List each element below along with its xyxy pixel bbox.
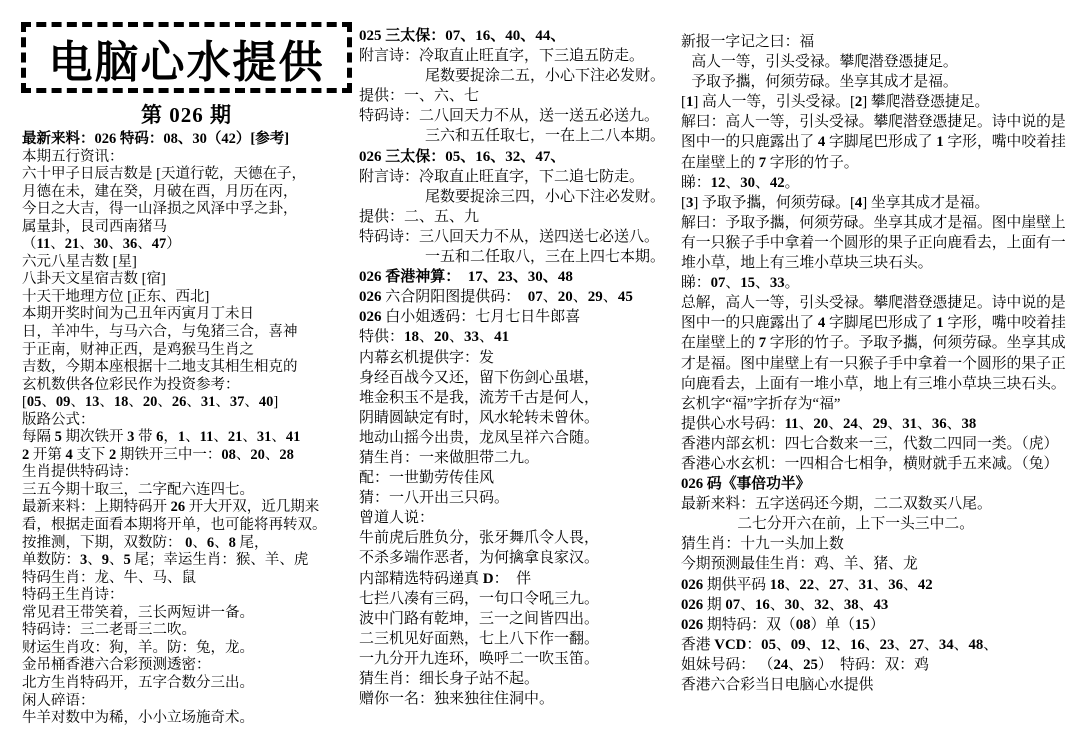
number-run: 42 [770, 175, 785, 191]
text-line: 提供：一、六、七 [359, 86, 684, 106]
text-line: 按推测，下期，双数防： 0、6、8 尾， [22, 535, 358, 553]
text-line: 玄机字“福”字折存为“福” [681, 394, 1080, 414]
number-run: 20 [143, 394, 158, 410]
text-line: 2 开第 4 支下 2 期铁开三中一：08、20、28 [22, 447, 358, 465]
text-line: 牛羊对数中为稀，小小立场施奇术。 [22, 710, 358, 728]
number-run: 30 [94, 236, 109, 252]
number-run: 15 [740, 275, 755, 291]
text-line: 单数防：3、9、5 尾；幸运生肖：猴、羊、虎 [22, 552, 358, 570]
number-run: 31 [201, 394, 216, 410]
number-run: 41 [494, 329, 509, 345]
number-run: 5 [124, 552, 131, 568]
number-run: 30 [785, 597, 800, 613]
number-run: 31 [859, 577, 874, 593]
text-line: 身经百战今又还，留下伤剑心虽堪， [359, 368, 684, 388]
number-run: 026 [681, 617, 703, 633]
number-run: 6 [156, 429, 163, 445]
text-line: 图中一的只鹿露出了 4 字脚尾巴形成了 1 字形，嘴中咬着挂 [681, 313, 1080, 333]
number-run: 7 [759, 155, 766, 171]
text-line: 026 码《事倍功半》 [681, 474, 1080, 494]
text-line: 026 白小姐透码：七月七日牛郎喜 [359, 307, 684, 327]
number-run: 17 [468, 269, 483, 285]
text-line: 地动山摇今出贵，龙凤呈祥六合随。 [359, 428, 684, 448]
number-run: 9 [102, 552, 109, 568]
number-run: 15 [855, 617, 870, 633]
number-run: 2 [109, 447, 116, 463]
number-run: 05 [761, 637, 776, 653]
number-run: 34 [939, 637, 954, 653]
text-line: 总解，高人一等，引头受禄。攀爬潜登憑捷足。诗中说的是 [681, 293, 1080, 313]
number-run: 40 [259, 394, 274, 410]
text-line: 十天干地理方位 [正东、西北] [22, 289, 358, 307]
number-run: 20 [558, 289, 573, 305]
text-line: 最新来料：五字送码还今期，二二双数买八尾。 [681, 494, 1080, 514]
text-line: 高人一等，引头受禄。攀爬潜登憑捷足。 [681, 52, 1080, 72]
number-run: 43 [873, 597, 888, 613]
number-run: 0 [185, 535, 192, 551]
text-line: 一五和二任取八，三在上四七本期。 [359, 247, 684, 267]
number-run: 09 [56, 394, 71, 410]
number-run: 30 [740, 175, 755, 191]
number-run: 42 [918, 577, 933, 593]
number-run: 20 [813, 416, 828, 432]
text-line: 025 三太保：07、16、40、44、 [359, 26, 684, 46]
number-run: 42 [221, 131, 236, 147]
number-run: 1 [178, 429, 185, 445]
text-line: 猜生肖：十九一头加上数 [681, 534, 1080, 554]
number-run: 31 [902, 416, 917, 432]
number-run: 18 [404, 329, 419, 345]
number-run: 33 [770, 275, 785, 291]
text-line: 七拦八凑有三码，一句口令吼三九。 [359, 589, 684, 609]
number-run: 026 [681, 476, 703, 492]
number-run: 29 [588, 289, 603, 305]
column-3: 新报一字记之曰：福高人一等，引头受禄。攀爬潜登憑捷足。予取予攜，何须劳碌。坐享其… [681, 32, 1080, 695]
number-run: 27 [909, 637, 924, 653]
number-run: 3 [127, 429, 134, 445]
text-line: 波中门路有乾坤，三一之间皆四出。 [359, 609, 684, 629]
number-run: 07 [725, 597, 740, 613]
text-line: 解曰：高人一等，引头受禄。攀爬潜登憑捷足。诗中说的是 [681, 112, 1080, 132]
text-line: 睇：07、15、33。 [681, 273, 1080, 293]
number-run: 1 [936, 134, 943, 150]
text-line: 特码诗：三二老哥三二吹。 [22, 622, 358, 640]
text-line: 吉数，今期本座根据十二地支其相生相克的 [22, 359, 358, 377]
text-line: 今日之大吉，得一山泽损之风泽中孚之卦， [22, 201, 358, 219]
number-run: 23 [880, 637, 895, 653]
number-run: 48 [558, 269, 573, 285]
number-run: 47 [152, 236, 167, 252]
number-run: 13 [85, 394, 100, 410]
number-run: D [483, 571, 494, 587]
text-line: 猜生肖：细长身子站不起。 [359, 669, 684, 689]
text-line: 配：一世勤劳传佳风 [359, 468, 684, 488]
number-run: 36 [888, 577, 903, 593]
text-line: 图中一的只鹿露出了 4 字脚尾巴形成了 1 字形，嘴中咬着挂 [681, 132, 1080, 152]
text-line: 北方生肖特码开，五字合数分三出。 [22, 675, 358, 693]
text-line: 特码诗：三八回天力不从，送四送七必送八。 [359, 227, 684, 247]
text-line: 最新来料：上期特码开 26 开大开双，近几期来 [22, 499, 358, 517]
number-run: 4 [855, 195, 862, 211]
text-line: 日，羊冲牛，与马六合，与兔猪三合，喜神 [22, 324, 358, 342]
text-line: 本期五行资讯： [22, 149, 358, 167]
number-run: 3 [686, 195, 693, 211]
text-line: 在崖壁上的 7 字形的竹子。 [681, 153, 1080, 173]
number-run: 026 [95, 131, 117, 147]
number-run: 12 [820, 637, 835, 653]
text-line: 特供：18、20、33、41 [359, 327, 684, 347]
number-run: 48 [968, 637, 983, 653]
number-run: 4 [66, 447, 73, 463]
text-line: 睇：12、30、42。 [681, 173, 1080, 193]
number-run: 026 [681, 577, 703, 593]
text-line: 予取予攜，何须劳碌。坐享其成才是福。 [681, 72, 1080, 92]
text-line: 026 期 07、16、30、32、38、43 [681, 595, 1080, 615]
text-line: 三六和五任取七，一在上二八本期。 [359, 126, 684, 146]
text-line: 解曰：予取予攜，何须劳碌。坐享其成才是福。图中崖壁上 [681, 213, 1080, 233]
text-line: 本期开奖时间为己丑年丙寅月丁未日 [22, 306, 358, 324]
text-line: 有一只猴子手中拿着一个圆形的果子正向鹿看去，上面有一 [681, 233, 1080, 253]
text-line: 026 香港神算： 17、23、30、48 [359, 267, 684, 287]
number-run: 22 [799, 577, 814, 593]
number-run: 16 [755, 597, 770, 613]
text-line: 026 期供平码 18、22、27、31、36、42 [681, 575, 1080, 595]
text-line: 026 三太保：05、16、32、47、 [359, 147, 684, 167]
number-run: 12 [711, 175, 726, 191]
number-run: 24 [843, 416, 858, 432]
text-line: 026 六合阴阳图提供码： 07、20、29、45 [359, 287, 684, 307]
number-run: 24 [773, 657, 788, 673]
text-line: 在崖壁上的 7 字形的竹子。予取予攜，何须劳碌。坐享其成 [681, 333, 1080, 353]
text-line: 内部精选特码递真 D： 伴 [359, 569, 684, 589]
text-line: 月德在未，建在癸，月破在酉，月历在丙， [22, 184, 358, 202]
text-line: 提供心水号码：11、20、24、29、31、36、38 [681, 414, 1080, 434]
number-run: 2 [22, 447, 29, 463]
number-run: 1 [686, 94, 693, 110]
column-2: 025 三太保：07、16、40、44、附言诗：冷取直止旺直字，下三追五防走。尾… [359, 26, 684, 709]
number-run: 7 [759, 335, 766, 351]
number-run: 28 [279, 447, 294, 463]
text-line: 属量卦，艮司西南猪马 [22, 219, 358, 237]
text-line: 看，根据走面看本期将开单，也可能将再转双。 [22, 517, 358, 535]
text-line: [3] 予取予攜，何须劳碌。[4] 坐享其成才是福。 [681, 193, 1080, 213]
text-line: 不杀多端作恶者，为何擒拿良家汉。 [359, 548, 684, 568]
number-run: 4 [818, 315, 825, 331]
text-line: 八卦天文星宿吉数 [宿] [22, 271, 358, 289]
text-line: 内幕玄机提供字：发 [359, 348, 684, 368]
text-line: 提供：二、五、九 [359, 207, 684, 227]
text-line: 曾道人说： [359, 508, 684, 528]
number-run: 21 [228, 429, 243, 445]
text-line: 香港内部玄机：四七合数来一三，代数二四同一类。（虎） [681, 434, 1080, 454]
text-line: 阴睛圆缺定有时，风水轮转未曾休。 [359, 408, 684, 428]
number-run: 36 [123, 236, 138, 252]
text-line: 新报一字记之曰：福 [681, 32, 1080, 52]
text-line: （11、21、30、36、47） [22, 236, 358, 254]
text-line: 每隔 5 期次铁开 3 带 6，1、11、21、31、41 [22, 429, 358, 447]
text-line: 版路公式： [22, 412, 358, 430]
number-run: 2 [855, 94, 862, 110]
number-run: 16 [475, 149, 490, 165]
number-run: 30 [192, 131, 207, 147]
number-run: 32 [814, 597, 829, 613]
number-run: 30 [528, 269, 543, 285]
number-run: 5 [55, 429, 62, 445]
text-line: [05、09、13、18、20、26、31、37、40] [22, 394, 358, 412]
number-run: 026 [359, 309, 382, 325]
number-run: 29 [873, 416, 888, 432]
issue-number: 第 026 期 [21, 99, 352, 129]
number-run: 09 [791, 637, 806, 653]
text-line: 附言诗：冷取直止旺直字，下二追七防走。 [359, 167, 684, 187]
number-run: 6 [207, 535, 214, 551]
number-run: 1 [936, 315, 943, 331]
text-line: [1] 高人一等，引头受禄。[2] 攀爬潜登憑捷足。 [681, 92, 1080, 112]
text-line: 二七分开六在前，上下一头三中二。 [681, 514, 1080, 534]
number-run: 18 [114, 394, 129, 410]
number-run: 026 [681, 597, 703, 613]
text-line: 特码诗：二八回天力不从，送一送五必送九。 [359, 106, 684, 126]
text-line: 香港六合彩当日电脑心水提供 [681, 675, 1080, 695]
number-run: 21 [65, 236, 80, 252]
number-run: 44 [535, 28, 550, 44]
text-line: 尾数要捉涂二五，小心下注必发财。 [359, 66, 684, 86]
number-run: 31 [257, 429, 272, 445]
number-run: 33 [464, 329, 479, 345]
text-line: 一九分开九连环，唤呼二一吹玉笛。 [359, 649, 684, 669]
number-run: 38 [844, 597, 859, 613]
number-run: 11 [37, 236, 51, 252]
number-run: 25 [803, 657, 818, 673]
text-line: 堆金积玉不是我，流芳千古是何人， [359, 388, 684, 408]
text-line: 闲人碎语： [22, 693, 358, 711]
text-line: 向鹿看去，上面有一堆小草，地上有三堆小草块三块石头。 [681, 374, 1080, 394]
number-run: 32 [505, 149, 520, 165]
column-1: 最新来料：026 特码：08、30（42）[参考]本期五行资讯：六十甲子日辰吉数… [22, 131, 358, 728]
number-run: 08 [163, 131, 178, 147]
number-run: 41 [286, 429, 301, 445]
page-title: 电脑心水提供 [49, 26, 325, 90]
number-run: 3 [80, 552, 87, 568]
title-box: 电脑心水提供 [21, 22, 352, 93]
number-run: 05 [445, 149, 460, 165]
number-run: 05 [27, 394, 42, 410]
text-line: 猜生肖：一来做胆带二九。 [359, 448, 684, 468]
number-run: 26 [171, 499, 186, 515]
number-run: 37 [230, 394, 245, 410]
lottery-tip-sheet: 电脑心水提供 第 026 期 最新来料：026 特码：08、30（42）[参考]… [0, 0, 1080, 737]
text-line: 特码王生肖诗： [22, 587, 358, 605]
number-run: 08 [796, 617, 811, 633]
text-line: 财运生肖攻：狗，羊。防：兔，龙。 [22, 640, 358, 658]
text-line: 金吊桶香港六合彩预测透密： [22, 657, 358, 675]
text-line: 牛前虎后胜负分，张牙舞爪令人畏， [359, 528, 684, 548]
text-line: 三五今期十取三，二字配六连四七。 [22, 482, 358, 500]
number-run: 47 [535, 149, 550, 165]
number-run: VCD [714, 637, 746, 653]
number-run: 4 [818, 134, 825, 150]
number-run: 38 [961, 416, 976, 432]
number-run: 18 [770, 577, 785, 593]
number-run: 07 [711, 275, 726, 291]
text-line: 026 期特码：双（08）单（15） [681, 615, 1080, 635]
number-run: 36 [932, 416, 947, 432]
number-run: 8 [229, 535, 236, 551]
text-line: 赠你一名：独来独往住洞中。 [359, 689, 684, 709]
number-run: 26 [172, 394, 187, 410]
text-line: 今期预测最佳生肖：鸡、羊、猪、龙 [681, 554, 1080, 574]
text-line: 猜：一八开出三只码。 [359, 488, 684, 508]
number-run: 45 [618, 289, 633, 305]
text-line: 最新来料：026 特码：08、30（42）[参考] [22, 131, 358, 149]
number-run: 40 [505, 28, 520, 44]
text-line: 生肖提供特码诗： [22, 464, 358, 482]
number-run: 026 [359, 269, 382, 285]
text-line: 尾数要捉涂三四，小心下注必发财。 [359, 187, 684, 207]
text-line: 香港心水玄机：一四相合七相争，横财就手五来减。（兔） [681, 454, 1080, 474]
number-run: 23 [498, 269, 513, 285]
number-run: 20 [434, 329, 449, 345]
number-run: 11 [200, 429, 214, 445]
text-line: 玄机数供各位彩民作为投资参考： [22, 377, 358, 395]
number-run: 16 [850, 637, 865, 653]
number-run: 16 [475, 28, 490, 44]
text-line: 六十甲子日辰吉数是 [天道行乾，天德在子， [22, 166, 358, 184]
text-line: 特码生肖：龙、牛、马、鼠 [22, 570, 358, 588]
number-run: 026 [359, 149, 382, 165]
text-line: 香港 VCD：05、09、12、16、23、27、34、48、 [681, 635, 1080, 655]
number-run: 025 [359, 28, 382, 44]
number-run: 27 [829, 577, 844, 593]
text-line: 于正南，财神正西，是鸡猴马生肖之 [22, 342, 358, 360]
text-line: 姐妹号码： （24、25） 特码：双：鸡 [681, 655, 1080, 675]
number-run: 07 [445, 28, 460, 44]
number-run: 08 [221, 447, 236, 463]
text-line: 六元八星吉数 [星] [22, 254, 358, 272]
number-run: 026 [359, 289, 382, 305]
text-line: 附言诗：冷取直止旺直字，下三追五防走。 [359, 46, 684, 66]
text-line: 才是福。图中崖壁上有一只猴子手中拿着一个圆形的果子正 [681, 354, 1080, 374]
number-run: 20 [250, 447, 265, 463]
text-line: 二三机见好面熟，七上八下作一翻。 [359, 629, 684, 649]
text-line: 堆小草，地上有三堆小草块三块石头。 [681, 253, 1080, 273]
number-run: 07 [528, 289, 543, 305]
text-line: 常见君王带笑着，三长两短讲一备。 [22, 605, 358, 623]
number-run: 11 [785, 416, 799, 432]
